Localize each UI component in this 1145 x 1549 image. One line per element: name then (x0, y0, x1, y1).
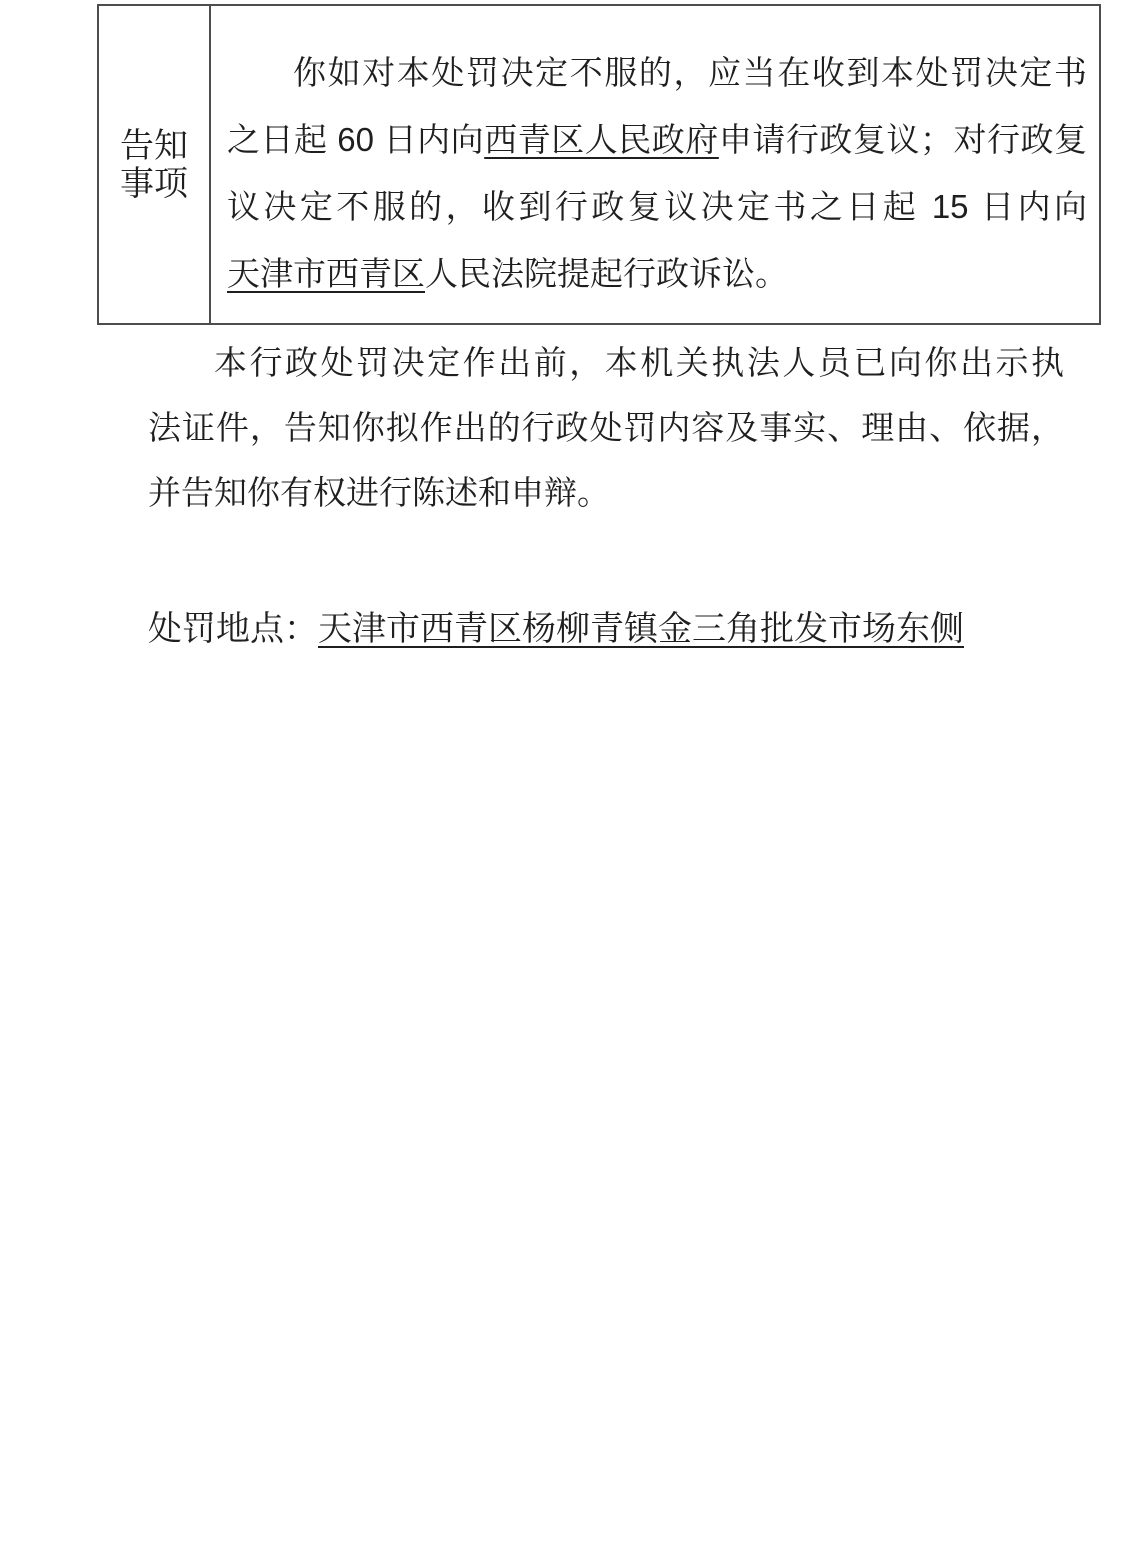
review-authority-underlined: 西青区人民政府 (484, 121, 719, 158)
penalty-location-label: 处罚地点： (148, 610, 318, 648)
document-page: 告知事项 你如对本处罚决定不服的，应当在收到本处罚决定书 之日起 60 日内向西… (0, 0, 1145, 1549)
notice-line-1: 你如对本处罚决定不服的，应当在收到本处罚决定书 (227, 39, 1087, 106)
notice-line-2-tail: 申请行政复议；对行政复 (719, 121, 1087, 158)
statement-line-2: 法证件，告知你拟作出的行政处罚内容及事实、理由、依据， (148, 395, 1064, 460)
penalty-location-line: 处罚地点：天津市西青区杨柳青镇金三角批发市场东侧 (148, 597, 964, 662)
notice-label: 告知事项 (120, 127, 188, 203)
notice-table: 告知事项 你如对本处罚决定不服的，应当在收到本处罚决定书 之日起 60 日内向西… (97, 4, 1101, 325)
notice-line-2: 之日起 60 日内向西青区人民政府申请行政复议；对行政复 (227, 106, 1087, 173)
notice-line-4: 天津市西青区人民法院提起行政诉讼。 (227, 240, 1087, 307)
statement-paragraph: 本行政处罚决定作出前，本机关执法人员已向你出示执 法证件，告知你拟作出的行政处罚… (148, 330, 1064, 525)
penalty-location-value: 天津市西青区杨柳青镇金三角批发市场东侧 (318, 610, 964, 648)
notice-line-4-tail: 人民法院提起行政诉讼。 (425, 255, 788, 292)
notice-line-2-lead: 之日起 60 日内向 (227, 121, 484, 158)
notice-content-cell: 你如对本处罚决定不服的，应当在收到本处罚决定书 之日起 60 日内向西青区人民政… (211, 6, 1099, 323)
statement-line-1: 本行政处罚决定作出前，本机关执法人员已向你出示执 (148, 330, 1064, 395)
statement-line-3: 并告知你有权进行陈述和申辩。 (148, 460, 1064, 525)
notice-label-cell: 告知事项 (99, 6, 211, 323)
notice-line-3: 议决定不服的，收到行政复议决定书之日起 15 日内向 (227, 173, 1087, 240)
court-region-underlined: 天津市西青区 (227, 255, 425, 292)
